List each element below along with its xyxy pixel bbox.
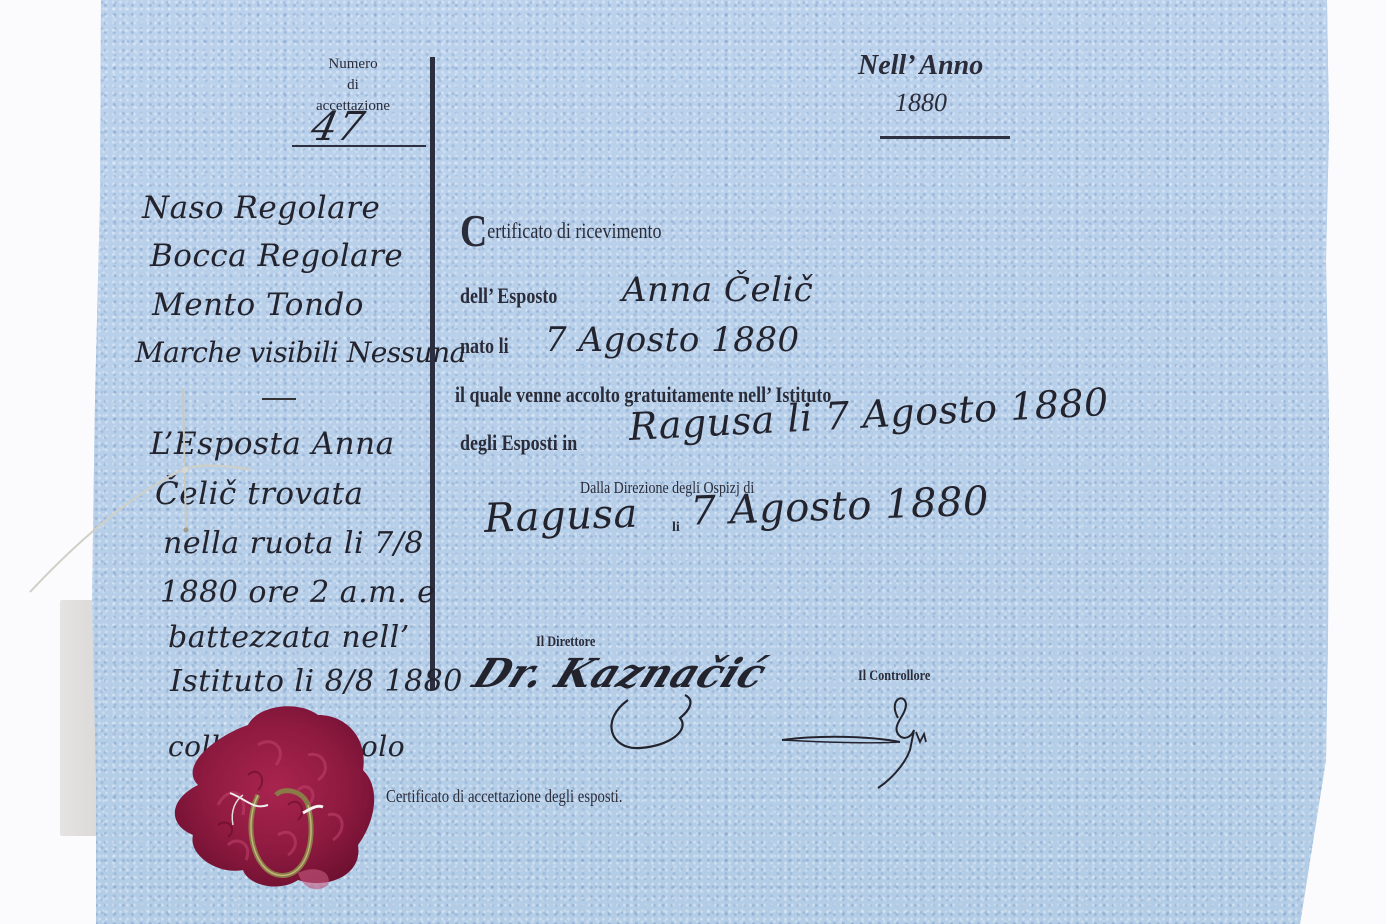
director-label: Il Direttore <box>536 634 595 651</box>
title-rest: ertificato di ricevimento <box>487 218 661 243</box>
year-underline <box>880 136 1010 139</box>
note-marche: Marche visibili Nessuna <box>135 336 466 369</box>
nato-label: nato li <box>460 333 509 359</box>
director-flourish <box>600 690 710 760</box>
esposto-name-handwritten: Anna Čelič <box>622 270 813 310</box>
li-printed: li <box>672 520 680 536</box>
note-ruota: nella ruota li 7/8 <box>163 526 424 561</box>
label-line-di: di <box>298 75 408 96</box>
birth-date-handwritten: 7 Agosto 1880 <box>545 320 800 360</box>
year-value: 1880 <box>895 88 947 118</box>
title-dropcap: C <box>460 205 487 256</box>
label-line-numero: Numero <box>298 54 408 75</box>
note-bocca: Bocca Regolare <box>150 238 403 274</box>
note-esposta: L’Esposta Anna <box>150 426 395 462</box>
note-battezzata: battezzata nell’ <box>168 620 410 655</box>
note-separator <box>262 398 296 400</box>
number-underline <box>292 145 426 147</box>
note-trovata: Čelič trovata <box>155 476 363 512</box>
certificate-title: Certificato di ricevimento <box>460 211 662 251</box>
degli-esposti-label: degli Esposti in <box>460 430 577 456</box>
footer-caption: Certificato di accettazione degli espost… <box>386 786 622 807</box>
note-mento: Mento Tondo <box>152 287 364 323</box>
acceptance-number-value: 47 <box>307 104 369 150</box>
controller-label: Il Controllore <box>858 668 930 685</box>
esposto-label: dell’ Esposto <box>460 283 557 309</box>
wool-tuft-token <box>158 695 398 895</box>
year-label: Nell’ Anno <box>858 50 983 82</box>
note-naso: Naso Regolare <box>142 190 380 226</box>
controller-signature <box>780 690 940 790</box>
issue-place: Ragusa <box>483 491 638 542</box>
note-istituto: Istituto li 8/8 1880 <box>170 664 463 699</box>
document-photo: Numero di accettazione 47 Nell’ Anno 188… <box>0 0 1386 924</box>
note-ore: 1880 ore 2 a.m. e <box>160 575 435 610</box>
